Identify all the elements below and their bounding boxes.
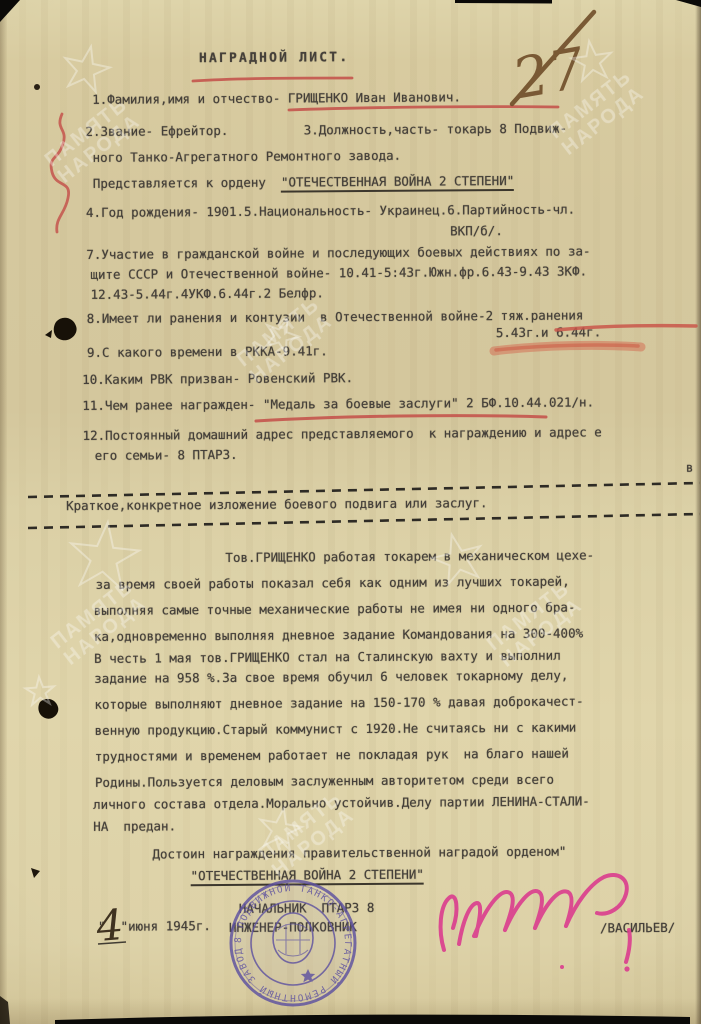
form-line-wounds: 8.Имеет ли ранения и контузии в Отечеств… [87,307,584,325]
citation-line: НА предан. [93,818,176,834]
citation-line: Тов.ГРИЩЕНКО работая токарем в механичес… [225,547,594,565]
citation-line: Родины.Пользуется деловым заслуженным ав… [95,772,554,790]
citation-line: задание на 958 %.За свое время обучил 6 … [94,668,568,686]
conclusion-line: Достоин награждения правительственной на… [152,844,566,862]
citation-line: личного состава отдела.Морально устойчив… [93,793,590,811]
citation-line: венную продукцию.Старый коммунист с 1920… [95,720,577,738]
date-line: " "июня 1945г. [98,918,211,934]
page-title: НАГРАДНОЙ ЛИСТ. [199,50,350,66]
form-line-birth-nationality: 4.Год рождения- 1901.5.Национальность- У… [86,202,575,220]
scanned-award-sheet: НАГРАДНОЙ ЛИСТ. 1.Фамилия,имя и отчество… [0,0,701,1024]
presented-prefix: Представляется к ордену [93,175,281,191]
form-line-home-address-2: его семьи- 8 ПТАРЗ. [95,447,238,463]
signer-position-1: НАЧАЛЬНИК ПТАРЗ 8 [239,900,375,916]
form-line-party: ВКП/б/. [450,223,503,238]
signer-name: /ВАСИЛЬЕВ/ [600,920,675,936]
citation-line: ка,одновременно выполняя дневное задание… [94,625,583,643]
form-line-campaigns-2: щите СССР и Отечественной войне- 10.41-5… [90,263,587,281]
citation-line: В честь 1 мая тов.ГРИЩЕНКО стал на Стали… [94,648,561,666]
form-line-campaigns-3: 12.43-5.44г.4УКФ.6.44г.2 Белфр. [91,285,324,302]
form-line-campaigns-1: 7.Участие в гражданской войне и последую… [86,243,590,262]
form-line-unit: ного Танко-Агрегатного Ремонтного завода… [93,148,402,165]
form-line-rank-position: 2.Звание- Ефрейтор. 3.Должность,часть- т… [85,121,567,139]
form-line-prior-awards: 11.Чем ранее награжден- "Медаль за боевы… [82,394,594,413]
citation-line: которые выполняют дневное задание на 150… [94,693,583,711]
citation-line: за время своей работы показал себя как о… [96,574,570,592]
typed-text-layer: НАГРАДНОЙ ЛИСТ. 1.Фамилия,имя и отчество… [0,0,701,1024]
conclusion-award-name: "ОТЕЧЕСТВЕННАЯ ВОЙНА 2 СТЕПЕНИ" [191,867,424,887]
section-header: Краткое,конкретное изложение боевого под… [66,495,488,513]
form-line-presented-order: Представляется к ордену "ОТЕЧЕСТВЕННАЯ В… [93,173,515,191]
form-line-wound-dates: 5.43г.и 6.44г. [496,324,601,340]
signer-position-2: ИНЖЕНЕР-ПОЛКОВНИК [229,919,357,935]
conclusion-award: "ОТЕЧЕСТВЕННАЯ ВОЙНА 2 СТЕПЕНИ" [191,867,424,884]
form-line-rkka-since: 9.С какого времени в РККА-9.41г. [87,343,328,360]
form-line-home-address-1: 12.Постоянный домашний адрес представляе… [82,424,601,443]
citation-line: трудностями и временем работает не покла… [95,746,569,764]
award-name: "ОТЕЧЕСТВЕННАЯ ВОЙНА 2 СТЕПЕНИ" [281,173,514,193]
form-line-name: 1.Фамилия,имя и отчество- ГРИЩЕНКО Иван … [92,89,461,107]
citation-line: выполняя самые точные механические работ… [94,600,576,618]
form-line-drafted-by: 10.Каким РВК призван- Ровенский РВК. [82,370,353,387]
stray-character: в [686,460,694,475]
